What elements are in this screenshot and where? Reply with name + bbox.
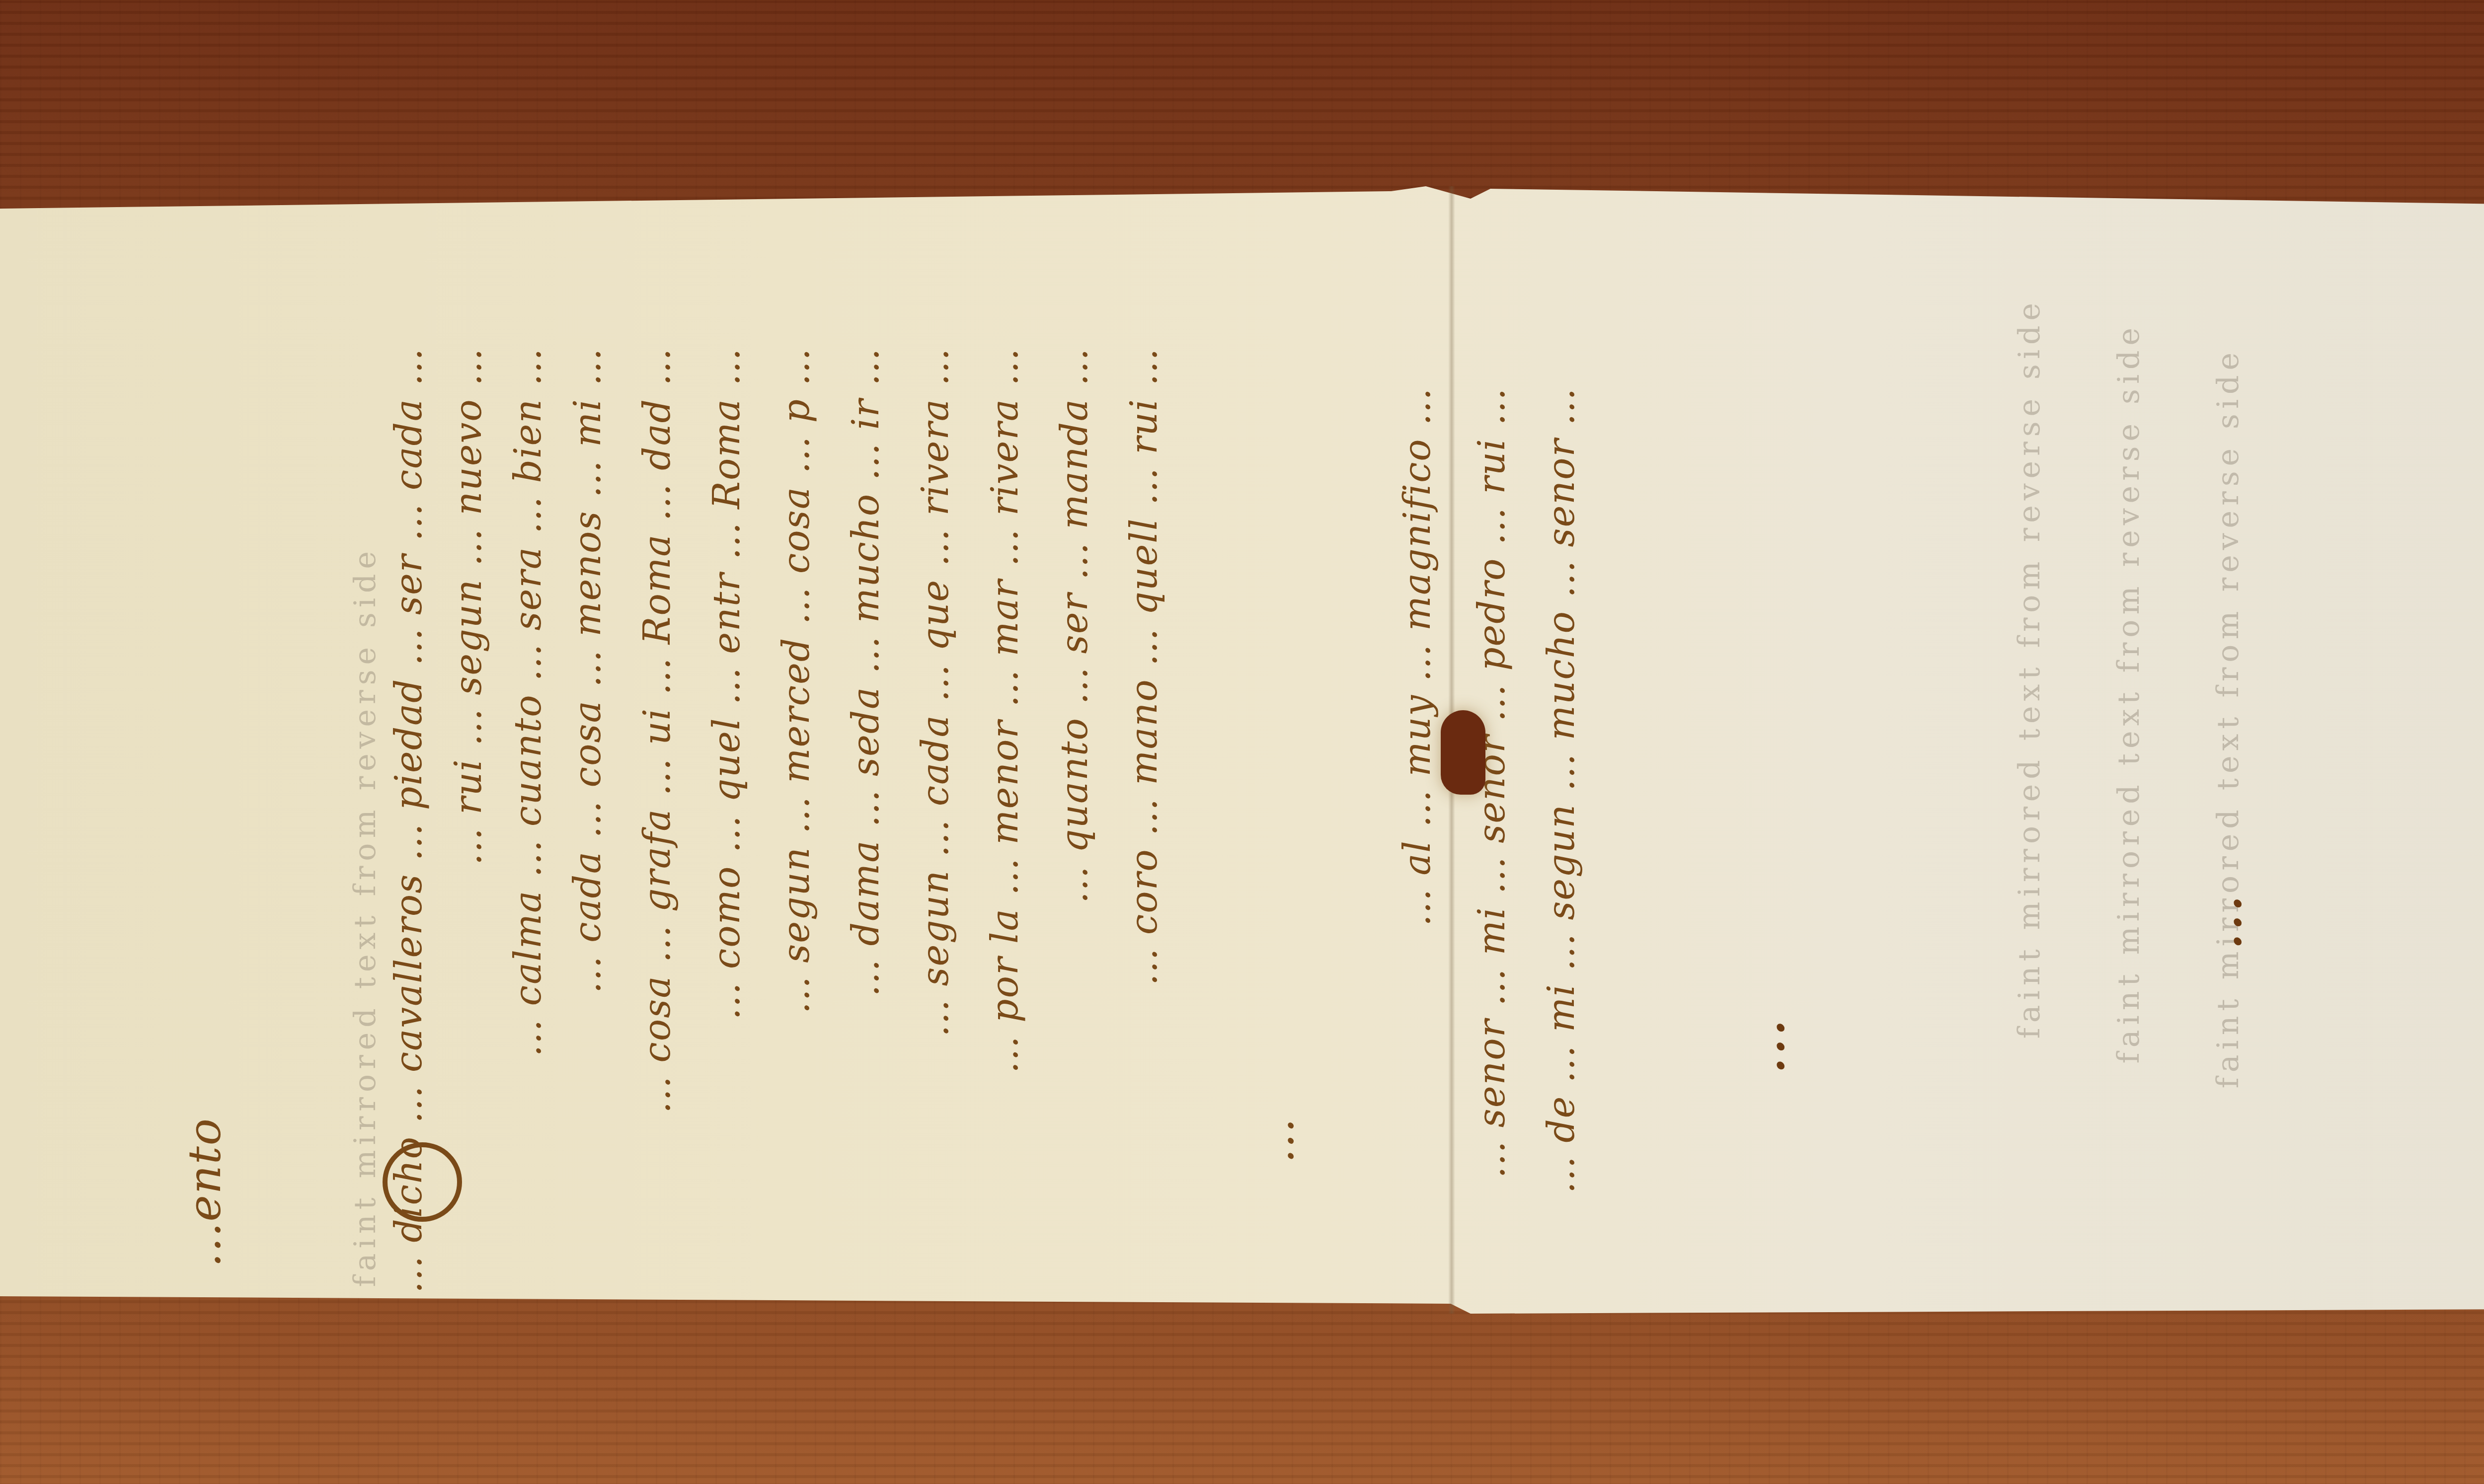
address-line: ... al ... muy ... magnifico ... [1396, 387, 1439, 926]
text-line: ... dama ... seda ... mucho ... ir ... [845, 348, 887, 997]
signature-2: ... [2186, 894, 2255, 951]
bleed-through-text: faint mirrored text from reverse side [2012, 298, 2047, 1039]
text-line: ... calma ... cuanto ... sera ... bien .… [507, 348, 549, 1056]
cross-flourish [383, 1142, 462, 1222]
text-line: ... quanto ... ser ... manda ... [1053, 348, 1096, 903]
signature-1: ... [1729, 1018, 1798, 1075]
text-line: ... coro ... mano ... quell ... rui ... [1123, 348, 1165, 985]
text-line: ... segun ... cada ... que ... rivera ..… [914, 348, 957, 1037]
text-line: ... como ... quel ... entr ... Roma ... [705, 348, 748, 1020]
address-line: ... de ... mi ... segun ... mucho ... se… [1540, 387, 1583, 1193]
bleed-through-text: faint mirrored text from reverse side [2211, 348, 2246, 1088]
text-line: ... cosa ... grafa ... ui ... Roma ... d… [636, 348, 679, 1113]
bleed-through-text: faint mirrored text from reverse side [348, 546, 383, 1287]
text-line: ... por la ... menor ... mar ... rivera … [984, 348, 1026, 1073]
docket-mark: ... [1252, 1117, 1304, 1163]
text-line: ... cada ... cosa ... menos ... mi ... [566, 348, 609, 993]
paper-hole [1441, 710, 1485, 795]
text-line: ... segun ... merced ... cosa ... p ... [775, 348, 818, 1014]
closing-mark: ...ento [179, 1117, 231, 1267]
bleed-through-text: faint mirrored text from reverse side [2111, 323, 2146, 1063]
text-line: ... rui ... segun ... nuevo ... [447, 348, 490, 865]
